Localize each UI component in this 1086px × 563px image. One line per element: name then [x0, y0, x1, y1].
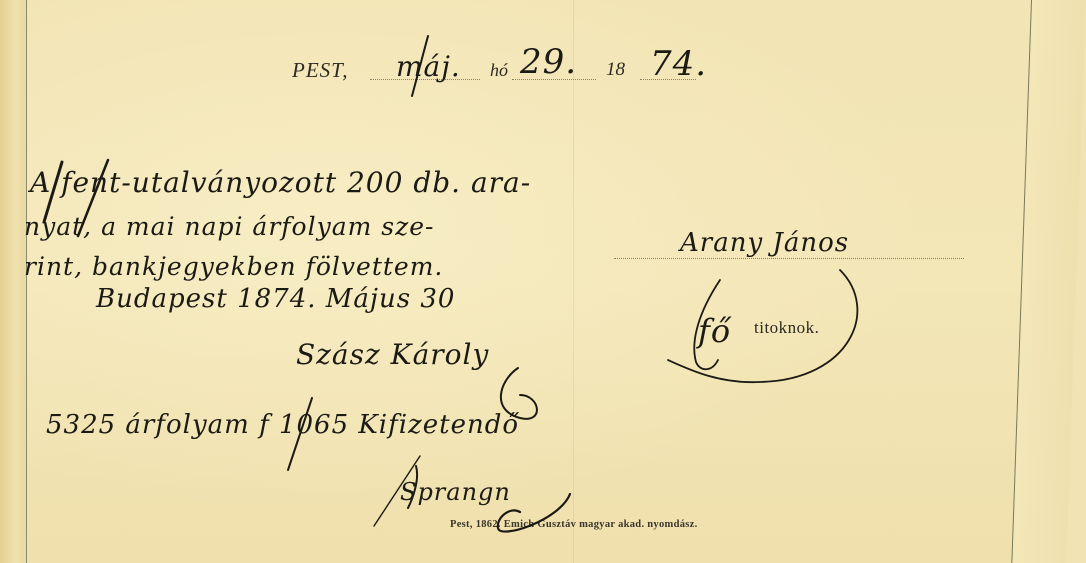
bottom-signature: Sprangn	[400, 478, 511, 506]
printed-place: PEST,	[292, 58, 349, 83]
body-line-3: rint, bankjegyekben fölvettem.	[24, 252, 443, 281]
body-line-1: A fent-utalványozott 200 db. ara-	[30, 166, 531, 199]
body-payment-note: 5325 árfolyam f 1065 Kifizetendő	[46, 410, 519, 440]
printer-imprint: Pest, 1862. Emich Gusztáv magyar akad. n…	[450, 519, 698, 530]
printed-year-prefix: 18	[606, 59, 625, 81]
paper-sheet	[27, 0, 1031, 563]
handwritten-month: máj.	[396, 50, 461, 83]
handwritten-year: 74.	[650, 44, 707, 84]
printed-month-suffix: hó	[490, 60, 508, 81]
body-signature-szasz: Szász Károly	[296, 338, 489, 371]
signature-dotted-line	[614, 258, 964, 259]
handwritten-day: 29.	[520, 42, 577, 82]
body-line-place-date: Budapest 1874. Május 30	[96, 284, 455, 314]
fold-crease	[573, 0, 574, 563]
signer-signature: Arany János	[680, 228, 849, 258]
handwritten-title-prefix: fő	[698, 312, 731, 350]
document-scan: PEST, máj. hó 29. 18 74. A fent-utalvány…	[0, 0, 1086, 563]
printed-title: titoknok.	[754, 318, 819, 338]
body-line-2: nyat, a mai napi árfolyam sze-	[24, 212, 435, 241]
left-fold-margin	[0, 0, 27, 563]
